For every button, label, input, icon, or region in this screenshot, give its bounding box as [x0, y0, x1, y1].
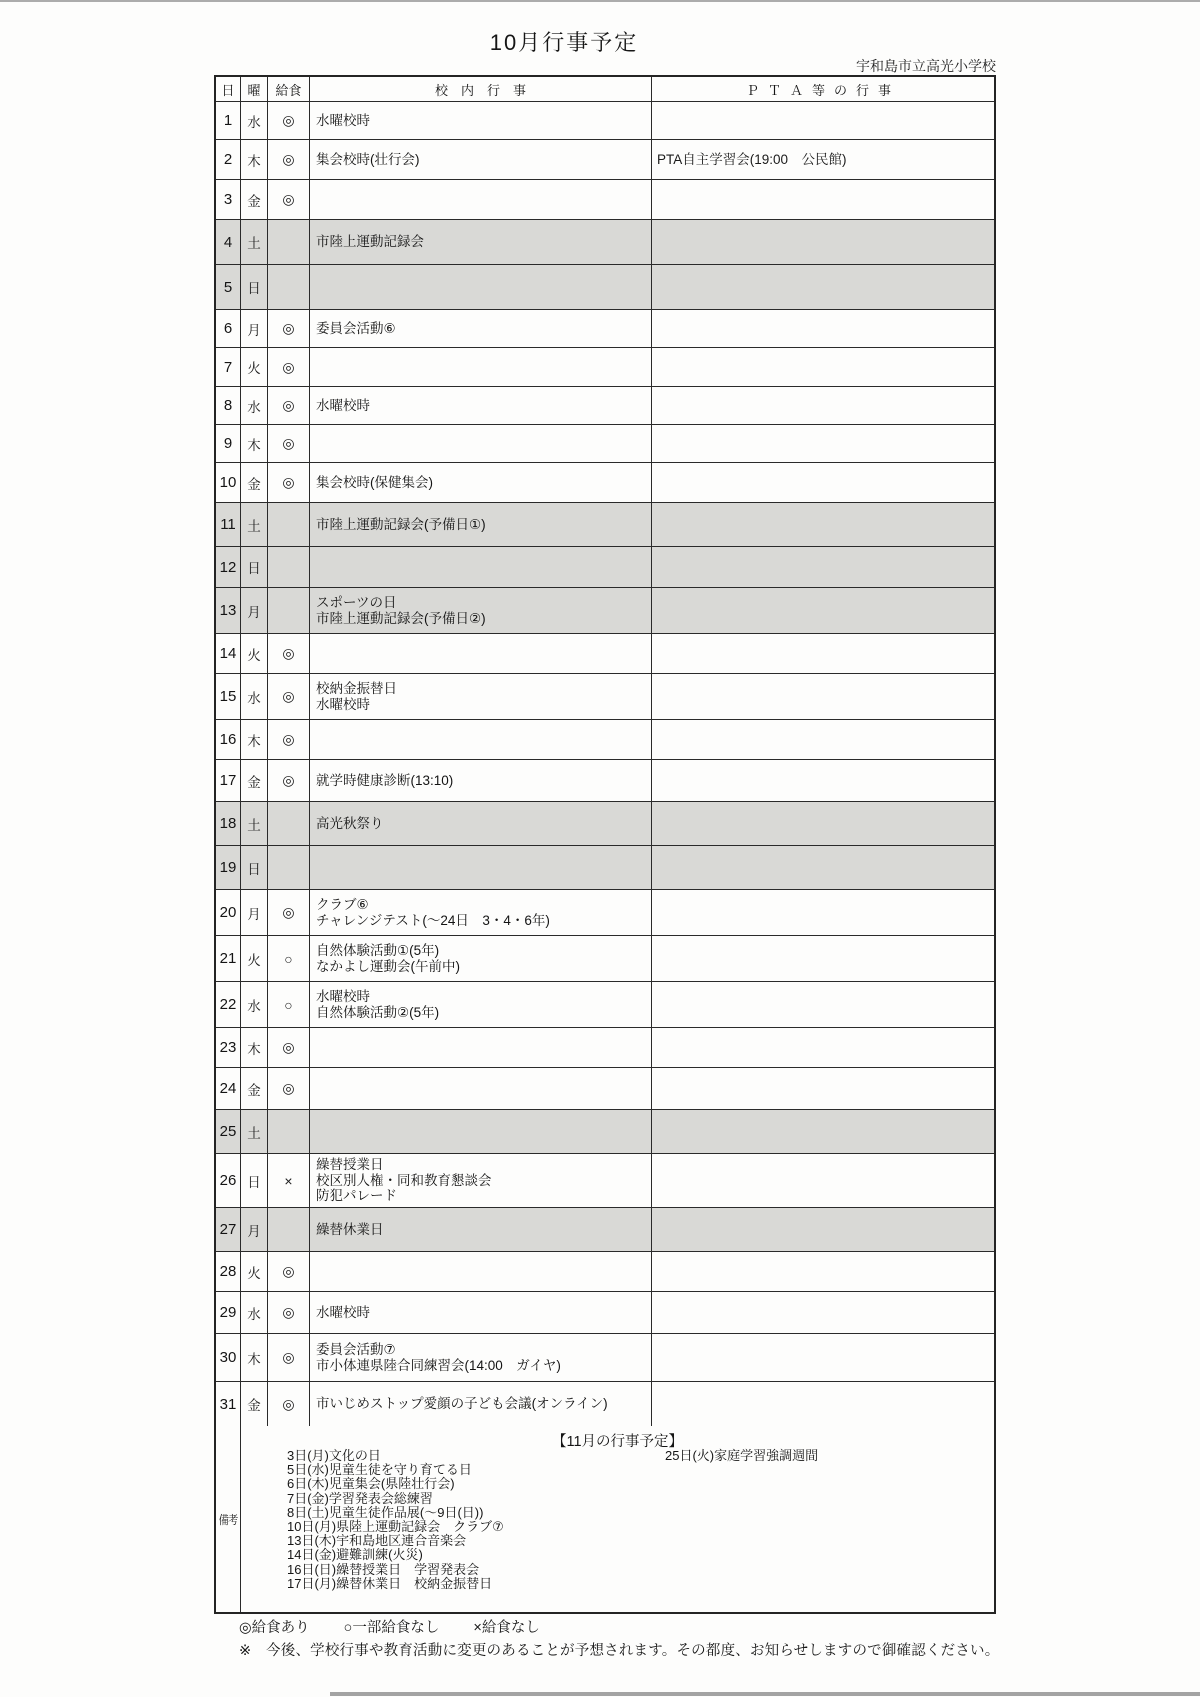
footnote: ※ 今後、学校行事や教育活動に変更のあることが予想されます。その都度、お知らせし…	[239, 1639, 999, 1660]
lunch-status-cell: ○	[268, 936, 310, 981]
school-events-cell: 市陸上運動記録会	[310, 220, 652, 264]
pta-events-cell	[652, 1208, 994, 1251]
school-events-cell: 市いじめストップ愛顔の子ども会議(オンライン)	[310, 1382, 652, 1426]
remarks-item: 16日(日)繰替授業日 学習発表会	[287, 1563, 504, 1577]
day-cell: 3	[216, 180, 241, 219]
event-line: 集会校時(保健集会)	[316, 475, 433, 491]
table-row: 31 金 ◎ 市いじめストップ愛顔の子ども会議(オンライン)	[216, 1382, 994, 1426]
lunch-status-cell	[268, 547, 310, 587]
table-row: 4 土 市陸上運動記録会	[216, 220, 994, 265]
weekday-cell: 日	[241, 265, 268, 309]
event-line: 市陸上運動記録会(予備日②)	[316, 611, 486, 627]
event-line: なかよし運動会(午前中)	[316, 959, 460, 975]
pta-event-line: PTA自主学習会(19:00 公民館)	[657, 152, 847, 168]
school-events-cell: 水曜校時	[310, 1292, 652, 1333]
table-row: 29 水 ◎ 水曜校時	[216, 1292, 994, 1334]
lunch-status-cell: ◎	[268, 348, 310, 386]
lunch-legend: ◎給食あり○一部給食なし×給食なし	[239, 1616, 574, 1637]
day-cell: 2	[216, 140, 241, 179]
event-line: 市陸上運動記録会(予備日①)	[316, 517, 486, 533]
lunch-status-cell	[268, 265, 310, 309]
weekday-cell: 火	[241, 348, 268, 386]
table-row: 12 日	[216, 547, 994, 588]
school-events-cell	[310, 720, 652, 759]
pta-events-cell	[652, 425, 994, 462]
table-row: 2 木 ◎ 集会校時(壮行会) PTA自主学習会(19:00 公民館)	[216, 140, 994, 180]
pta-events-cell	[652, 1110, 994, 1153]
lunch-status-cell: ◎	[268, 180, 310, 219]
lunch-status-cell	[268, 802, 310, 845]
day-cell: 17	[216, 760, 241, 801]
day-cell: 23	[216, 1028, 241, 1067]
pta-events-cell	[652, 982, 994, 1027]
school-events-cell: 水曜校時	[310, 102, 652, 139]
event-line: 水曜校時	[316, 113, 370, 129]
legend-item: ×給食なし	[473, 1620, 539, 1636]
november-events-list: 3日(月)文化の日5日(水)児童生徒を守り育てる日6日(木)児童集会(県陸壮行会…	[287, 1449, 504, 1591]
day-cell: 11	[216, 503, 241, 546]
lunch-status-cell	[268, 1208, 310, 1251]
header-school-events: 校 内 行 事	[310, 77, 652, 101]
lunch-status-cell: ◎	[268, 1292, 310, 1333]
weekday-cell: 土	[241, 503, 268, 546]
school-events-cell: 委員会活動⑦市小体連県陸合同練習会(14:00 ガイヤ)	[310, 1334, 652, 1381]
table-row: 22 水 ○ 水曜校時自然体験活動②(5年)	[216, 982, 994, 1028]
weekday-cell: 月	[241, 588, 268, 633]
school-events-cell	[310, 1068, 652, 1109]
lunch-status-cell: ◎	[268, 674, 310, 719]
pta-events-cell	[652, 547, 994, 587]
event-line: 校納金振替日	[316, 681, 397, 697]
day-cell: 19	[216, 846, 241, 889]
event-line: 防犯パレード	[316, 1188, 397, 1204]
lunch-status-cell: ◎	[268, 140, 310, 179]
pta-events-cell	[652, 588, 994, 633]
school-events-cell: 校納金振替日水曜校時	[310, 674, 652, 719]
page-title: 10月行事予定	[214, 26, 914, 57]
table-row: 8 水 ◎ 水曜校時	[216, 387, 994, 425]
header-day: 日	[216, 77, 241, 101]
weekday-cell: 日	[241, 1154, 268, 1207]
weekday-cell: 火	[241, 1252, 268, 1291]
pta-events-cell	[652, 846, 994, 889]
school-events-cell	[310, 1110, 652, 1153]
lunch-status-cell: ◎	[268, 1382, 310, 1426]
event-line: 自然体験活動①(5年)	[316, 943, 439, 959]
school-events-cell: 水曜校時	[310, 387, 652, 424]
weekday-cell: 水	[241, 982, 268, 1027]
scan-artifact-bottom-edge	[330, 1692, 1200, 1696]
weekday-cell: 金	[241, 463, 268, 502]
lunch-status-cell: ◎	[268, 1252, 310, 1291]
day-cell: 20	[216, 890, 241, 935]
pta-events-cell	[652, 936, 994, 981]
lunch-status-cell: ◎	[268, 1068, 310, 1109]
school-events-cell: 繰替休業日	[310, 1208, 652, 1251]
day-cell: 18	[216, 802, 241, 845]
school-events-cell	[310, 1252, 652, 1291]
weekday-cell: 木	[241, 425, 268, 462]
november-events-list-right: 25日(火)家庭学習強調週間	[665, 1449, 818, 1463]
event-line: 市陸上運動記録会	[316, 234, 424, 250]
lunch-status-cell: ◎	[268, 890, 310, 935]
weekday-cell: 木	[241, 720, 268, 759]
pta-events-cell	[652, 310, 994, 347]
pta-events-cell	[652, 890, 994, 935]
pta-events-cell	[652, 1334, 994, 1381]
weekday-cell: 木	[241, 1334, 268, 1381]
weekday-cell: 水	[241, 674, 268, 719]
pta-events-cell	[652, 1382, 994, 1426]
day-cell: 27	[216, 1208, 241, 1251]
table-row: 18 土 高光秋祭り	[216, 802, 994, 846]
pta-events-cell	[652, 503, 994, 546]
school-name: 宇和島市立高光小学校	[214, 56, 996, 76]
remarks-label: 備考	[216, 1426, 241, 1612]
school-events-cell	[310, 265, 652, 309]
school-events-cell: 集会校時(壮行会)	[310, 140, 652, 179]
day-cell: 25	[216, 1110, 241, 1153]
weekday-cell: 木	[241, 140, 268, 179]
pta-events-cell	[652, 634, 994, 673]
weekday-cell: 火	[241, 936, 268, 981]
day-cell: 16	[216, 720, 241, 759]
pta-events-cell	[652, 265, 994, 309]
pta-events-cell	[652, 802, 994, 845]
table-row: 11 土 市陸上運動記録会(予備日①)	[216, 503, 994, 547]
lunch-status-cell: ◎	[268, 634, 310, 673]
event-line: 就学時健康診断(13:10)	[316, 773, 453, 789]
table-row: 30 木 ◎ 委員会活動⑦市小体連県陸合同練習会(14:00 ガイヤ)	[216, 1334, 994, 1382]
day-cell: 31	[216, 1382, 241, 1426]
weekday-cell: 金	[241, 180, 268, 219]
school-events-cell: 繰替授業日校区別人権・同和教育懇談会防犯パレード	[310, 1154, 652, 1207]
table-row: 25 土	[216, 1110, 994, 1154]
table-row: 13 月 スポーツの日市陸上運動記録会(予備日②)	[216, 588, 994, 634]
lunch-status-cell: ◎	[268, 1334, 310, 1381]
remarks-item: 13日(木)宇和島地区連合音楽会	[287, 1534, 504, 1548]
pta-events-cell	[652, 220, 994, 264]
event-line: クラブ⑥	[316, 897, 369, 913]
lunch-status-cell: ×	[268, 1154, 310, 1207]
weekday-cell: 木	[241, 1028, 268, 1067]
remarks-item: 3日(月)文化の日	[287, 1449, 504, 1463]
table-row: 6 月 ◎ 委員会活動⑥	[216, 310, 994, 348]
table-row: 19 日	[216, 846, 994, 890]
pta-events-cell	[652, 720, 994, 759]
day-cell: 29	[216, 1292, 241, 1333]
lunch-status-cell: ◎	[268, 463, 310, 502]
lunch-status-cell: ◎	[268, 1028, 310, 1067]
pta-events-cell	[652, 1252, 994, 1291]
weekday-cell: 金	[241, 1382, 268, 1426]
table-row: 23 木 ◎	[216, 1028, 994, 1068]
event-line: 校区別人権・同和教育懇談会	[316, 1173, 492, 1189]
table-row: 10 金 ◎ 集会校時(保健集会)	[216, 463, 994, 503]
table-row: 5 日	[216, 265, 994, 310]
scan-artifact-top-edge	[0, 0, 1200, 2]
school-events-cell	[310, 846, 652, 889]
weekday-cell: 火	[241, 634, 268, 673]
pta-events-cell	[652, 674, 994, 719]
school-events-cell	[310, 1028, 652, 1067]
school-events-cell: 自然体験活動①(5年)なかよし運動会(午前中)	[310, 936, 652, 981]
event-line: 水曜校時	[316, 398, 370, 414]
remarks-item: 25日(火)家庭学習強調週間	[665, 1449, 818, 1463]
school-events-cell	[310, 425, 652, 462]
remarks-row: 備考 【11月の行事予定】 3日(月)文化の日5日(水)児童生徒を守り育てる日6…	[216, 1426, 994, 1612]
remarks-item: 8日(土)児童生徒作品展(～9日(日))	[287, 1506, 504, 1520]
weekday-cell: 金	[241, 760, 268, 801]
table-header-row: 日 曜 給食 校 内 行 事 ＰＴＡ等の行事	[216, 77, 994, 102]
pta-events-cell	[652, 102, 994, 139]
school-events-cell: 高光秋祭り	[310, 802, 652, 845]
school-events-cell: クラブ⑥チャレンジテスト(～24日 3・4・6年)	[310, 890, 652, 935]
school-events-cell: 水曜校時自然体験活動②(5年)	[310, 982, 652, 1027]
table-row: 26 日 × 繰替授業日校区別人権・同和教育懇談会防犯パレード	[216, 1154, 994, 1208]
table-row: 16 木 ◎	[216, 720, 994, 760]
event-line: 水曜校時	[316, 697, 370, 713]
day-cell: 30	[216, 1334, 241, 1381]
event-line: 水曜校時	[316, 989, 370, 1005]
weekday-cell: 土	[241, 802, 268, 845]
school-events-cell: 集会校時(保健集会)	[310, 463, 652, 502]
lunch-status-cell	[268, 846, 310, 889]
day-cell: 9	[216, 425, 241, 462]
legend-item: ◎給食あり	[239, 1620, 310, 1636]
weekday-cell: 日	[241, 547, 268, 587]
weekday-cell: 水	[241, 1292, 268, 1333]
day-cell: 14	[216, 634, 241, 673]
table-row: 24 金 ◎	[216, 1068, 994, 1110]
lunch-status-cell	[268, 588, 310, 633]
event-line: 繰替授業日	[316, 1157, 384, 1173]
remarks-item: 10日(月)県陸上運動記録会 クラブ⑦	[287, 1520, 504, 1534]
weekday-cell: 金	[241, 1068, 268, 1109]
day-cell: 10	[216, 463, 241, 502]
school-events-cell: 就学時健康診断(13:10)	[310, 760, 652, 801]
school-events-cell	[310, 348, 652, 386]
pta-events-cell	[652, 180, 994, 219]
table-row: 17 金 ◎ 就学時健康診断(13:10)	[216, 760, 994, 802]
calendar-table: 日 曜 給食 校 内 行 事 ＰＴＡ等の行事 1 水 ◎ 水曜校時 2 木 ◎ …	[214, 75, 996, 1614]
event-line: 集会校時(壮行会)	[316, 152, 420, 168]
table-row: 14 火 ◎	[216, 634, 994, 674]
header-lunch: 給食	[268, 77, 310, 101]
day-cell: 8	[216, 387, 241, 424]
weekday-cell: 月	[241, 1208, 268, 1251]
lunch-status-cell	[268, 503, 310, 546]
event-line: 自然体験活動②(5年)	[316, 1005, 439, 1021]
event-line: 市小体連県陸合同練習会(14:00 ガイヤ)	[316, 1358, 561, 1374]
day-cell: 1	[216, 102, 241, 139]
school-events-cell	[310, 547, 652, 587]
pta-events-cell	[652, 1292, 994, 1333]
pta-events-cell	[652, 463, 994, 502]
lunch-status-cell: ◎	[268, 720, 310, 759]
day-cell: 22	[216, 982, 241, 1027]
event-line: 繰替休業日	[316, 1222, 384, 1238]
lunch-status-cell: ◎	[268, 760, 310, 801]
weekday-cell: 土	[241, 1110, 268, 1153]
pta-events-cell	[652, 1068, 994, 1109]
pta-events-cell	[652, 760, 994, 801]
day-cell: 15	[216, 674, 241, 719]
weekday-cell: 水	[241, 387, 268, 424]
lunch-status-cell: ◎	[268, 310, 310, 347]
day-cell: 26	[216, 1154, 241, 1207]
table-row: 28 火 ◎	[216, 1252, 994, 1292]
day-cell: 7	[216, 348, 241, 386]
remarks-item: 17日(月)繰替休業日 校納金振替日	[287, 1577, 504, 1591]
school-events-cell	[310, 180, 652, 219]
remarks-item: 5日(水)児童生徒を守り育てる日	[287, 1463, 504, 1477]
table-row: 21 火 ○ 自然体験活動①(5年)なかよし運動会(午前中)	[216, 936, 994, 982]
remarks-item: 7日(金)学習発表会総練習	[287, 1492, 504, 1506]
remarks-item: 6日(木)児童集会(県陸壮行会)	[287, 1477, 504, 1491]
event-line: 水曜校時	[316, 1305, 370, 1321]
weekday-cell: 水	[241, 102, 268, 139]
lunch-status-cell: ◎	[268, 425, 310, 462]
lunch-status-cell: ◎	[268, 102, 310, 139]
day-cell: 28	[216, 1252, 241, 1291]
table-row: 20 月 ◎ クラブ⑥チャレンジテスト(～24日 3・4・6年)	[216, 890, 994, 936]
day-cell: 6	[216, 310, 241, 347]
pta-events-cell	[652, 348, 994, 386]
remarks-content: 【11月の行事予定】 3日(月)文化の日5日(水)児童生徒を守り育てる日6日(木…	[241, 1426, 994, 1612]
remarks-item: 14日(金)避難訓練(火災)	[287, 1548, 504, 1562]
school-events-cell	[310, 634, 652, 673]
pta-events-cell: PTA自主学習会(19:00 公民館)	[652, 140, 994, 179]
lunch-status-cell	[268, 220, 310, 264]
table-row: 9 木 ◎	[216, 425, 994, 463]
event-line: 高光秋祭り	[316, 816, 384, 832]
pta-events-cell	[652, 1154, 994, 1207]
header-weekday: 曜	[241, 77, 268, 101]
lunch-status-cell: ○	[268, 982, 310, 1027]
school-events-cell: 市陸上運動記録会(予備日①)	[310, 503, 652, 546]
weekday-cell: 月	[241, 890, 268, 935]
event-line: 委員会活動⑦	[316, 1342, 396, 1358]
table-row: 7 火 ◎	[216, 348, 994, 387]
weekday-cell: 日	[241, 846, 268, 889]
table-row: 27 月 繰替休業日	[216, 1208, 994, 1252]
pta-events-cell	[652, 1028, 994, 1067]
lunch-status-cell	[268, 1110, 310, 1153]
weekday-cell: 月	[241, 310, 268, 347]
pta-events-cell	[652, 387, 994, 424]
weekday-cell: 土	[241, 220, 268, 264]
day-cell: 5	[216, 265, 241, 309]
table-row: 3 金 ◎	[216, 180, 994, 220]
day-cell: 12	[216, 547, 241, 587]
event-line: スポーツの日	[316, 595, 396, 611]
day-cell: 24	[216, 1068, 241, 1109]
table-row: 1 水 ◎ 水曜校時	[216, 102, 994, 140]
school-events-cell: 委員会活動⑥	[310, 310, 652, 347]
day-cell: 13	[216, 588, 241, 633]
event-line: チャレンジテスト(～24日 3・4・6年)	[316, 913, 550, 929]
header-pta-events: ＰＴＡ等の行事	[652, 77, 994, 101]
legend-item: ○一部給食なし	[344, 1620, 440, 1636]
day-cell: 21	[216, 936, 241, 981]
day-cell: 4	[216, 220, 241, 264]
event-line: 委員会活動⑥	[316, 321, 396, 337]
lunch-status-cell: ◎	[268, 387, 310, 424]
event-line: 市いじめストップ愛顔の子ども会議(オンライン)	[316, 1396, 608, 1412]
table-row: 15 水 ◎ 校納金振替日水曜校時	[216, 674, 994, 720]
school-events-cell: スポーツの日市陸上運動記録会(予備日②)	[310, 588, 652, 633]
